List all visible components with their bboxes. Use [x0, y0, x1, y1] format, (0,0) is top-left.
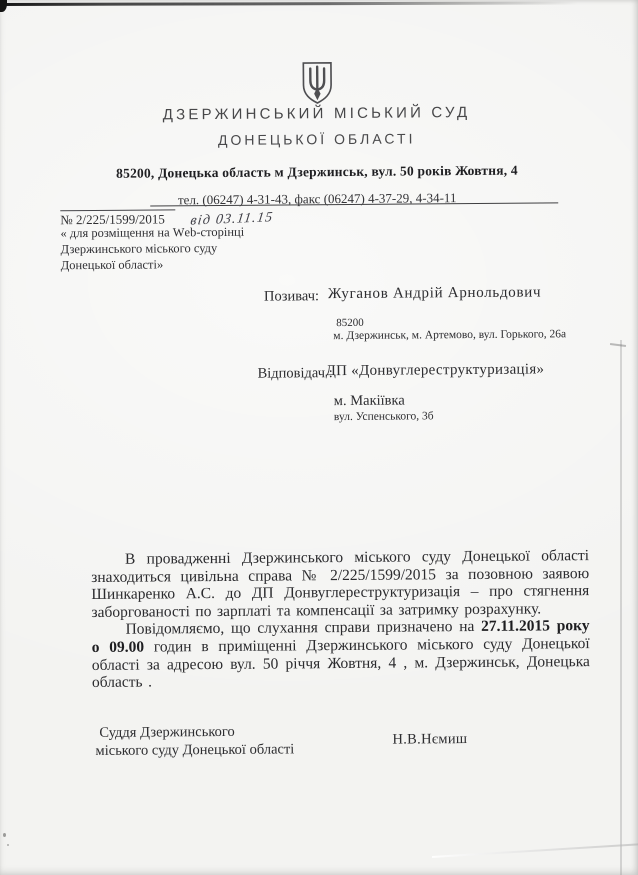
- plaintiff-name: Жуганов Андрій Арнольдович: [328, 284, 541, 303]
- body-paragraph-hearing-notice: Повідомляємо, що слухання справи признач…: [92, 617, 591, 691]
- trident-emblem-icon: [295, 60, 339, 106]
- court-address: 85200, Донецька область м Дзержинськ, ву…: [0, 162, 636, 183]
- plaintiff-zip: 85200: [336, 317, 364, 329]
- court-name-line1: ДЗЕРЖИНСЬКИЙ МІСЬКИЙ СУД: [0, 103, 636, 125]
- signature-title-line2: міського суду Донецької області: [95, 741, 294, 760]
- scanned-court-letter: ДЗЕРЖИНСЬКИЙ МІСЬКИЙ СУД ДОНЕЦЬКОЇ ОБЛАС…: [0, 0, 638, 875]
- court-phone-fax: тел. (06247) 4-31-43, факс (06247) 4-37-…: [0, 189, 636, 210]
- judge-name: Н.В.Нємиш: [392, 731, 467, 749]
- plaintiff-label: Позивач:: [264, 288, 319, 305]
- signature-title-line1: Суддя Дзержинського: [99, 724, 234, 742]
- defendant-city: м. Макіївка: [334, 393, 405, 411]
- defendant-name: ДП «Донвуглереструктуризація»: [325, 361, 544, 380]
- court-name-line2: ДОНЕЦЬКОЇ ОБЛАСТІ: [0, 129, 636, 150]
- note-line: Дзержинського міського суду: [61, 241, 245, 258]
- hearing-location-text: годин в приміщенні Дзержинського міськог…: [92, 635, 590, 691]
- letter-content: ДЗЕРЖИНСЬКИЙ МІСЬКИЙ СУД ДОНЕЦЬКОЇ ОБЛАС…: [0, 0, 638, 875]
- hearing-notice-text: Повідомляємо, що слухання справи признач…: [126, 618, 482, 638]
- letter-body: В провадженні Дзержинського міського суд…: [91, 547, 590, 692]
- web-publication-note: « для розміщення на Wеb-сторінці Дзержин…: [60, 225, 244, 274]
- note-line: Донецької області»: [61, 256, 245, 273]
- plaintiff-address: м. Дзержинськ, м. Артемово, вул. Горьког…: [333, 328, 566, 342]
- defendant-street: вул. Успенського, 3б: [334, 410, 434, 423]
- defendant-label: Відповідач :: [258, 365, 333, 383]
- note-line: « для розміщення на Wеb-сторінці: [60, 225, 244, 242]
- body-paragraph-case-info: В провадженні Дзержинського міського суд…: [91, 547, 590, 621]
